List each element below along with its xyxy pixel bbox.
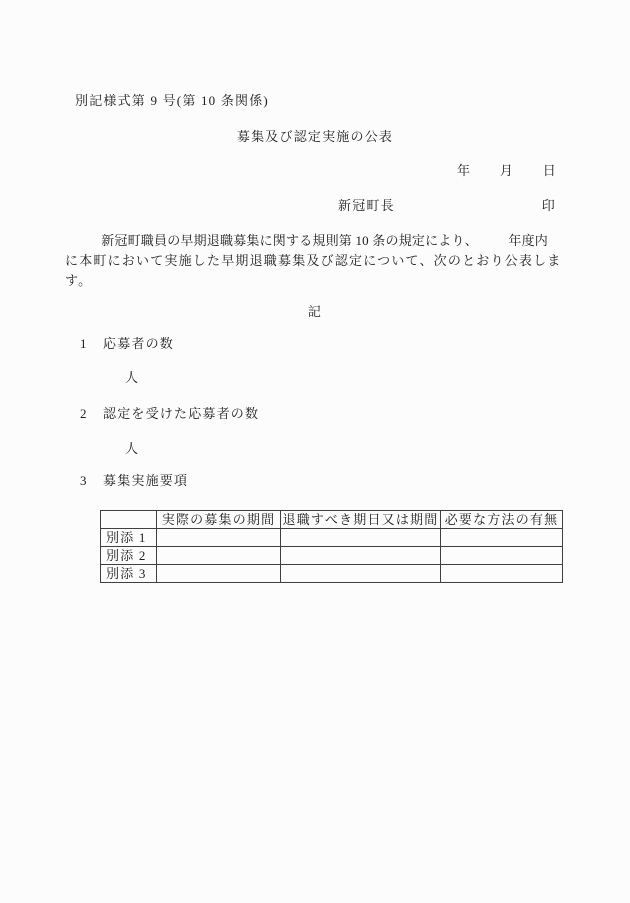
table-row: 別添 1 — [101, 529, 563, 547]
table-header-method-required: 必要な方法の有無 — [441, 511, 563, 529]
table-cell-empty — [441, 529, 563, 547]
table-cell-empty — [157, 529, 281, 547]
date-month-label: 月 — [500, 163, 514, 179]
recruitment-table: 実際の募集の期間 退職すべき期日又は期間 必要な方法の有無 別添 1 別添 2 … — [100, 510, 563, 583]
table-header-empty — [101, 511, 157, 529]
table-header-row: 実際の募集の期間 退職すべき期日又は期間 必要な方法の有無 — [101, 511, 563, 529]
item-applicant-count: 1応募者の数 — [80, 336, 174, 352]
item-2-unit-label: 人 — [125, 441, 139, 457]
form-number-note: 別記様式第 9 号(第 10 条関係) — [75, 93, 269, 109]
date-year-label: 年 — [457, 163, 471, 179]
item-1-label: 応募者の数 — [103, 336, 174, 351]
paragraph-line-1-text: 新冠町職員の早期退職募集に関する規則第 10 条の規定により、 — [88, 233, 478, 249]
item-2-label: 認定を受けた応募者の数 — [103, 406, 259, 421]
table-cell-empty — [281, 529, 441, 547]
table-cell-empty — [441, 565, 563, 583]
seal-placeholder: 印 — [542, 198, 556, 214]
table-header-actual-period: 実際の募集の期間 — [157, 511, 281, 529]
paragraph-line-3: す。 — [65, 273, 92, 289]
row-label-attachment-3: 別添 3 — [101, 565, 157, 583]
item-3-label: 募集実施要項 — [103, 473, 188, 488]
item-recruitment-guidelines: 3募集実施要項 — [80, 473, 188, 489]
document-page: 別記様式第 9 号(第 10 条関係) 募集及び認定実施の公表 年 月 日 新冠… — [0, 0, 630, 903]
row-label-attachment-2: 別添 2 — [101, 547, 157, 565]
signer-title: 新冠町長 — [338, 198, 395, 214]
table-row: 別添 3 — [101, 565, 563, 583]
item-3-number: 3 — [80, 473, 103, 489]
signer-line: 新冠町長 印 — [338, 198, 556, 214]
section-marker: 記 — [0, 304, 630, 320]
table-cell-empty — [157, 565, 281, 583]
table-row: 別添 2 — [101, 547, 563, 565]
paragraph-line-1: 新冠町職員の早期退職募集に関する規則第 10 条の規定により、 年度内 — [88, 233, 548, 249]
item-1-unit-label: 人 — [125, 370, 139, 386]
paragraph-line-2: に本町において実施した早期退職募集及び認定について、次のとおり公表しま — [65, 253, 561, 269]
date-line: 年 月 日 — [457, 163, 557, 179]
table-header-retirement-date: 退職すべき期日又は期間 — [281, 511, 441, 529]
item-certified-count: 2認定を受けた応募者の数 — [80, 406, 259, 422]
table-cell-empty — [441, 547, 563, 565]
table-cell-empty — [281, 547, 441, 565]
table-cell-empty — [281, 565, 441, 583]
item-1-number: 1 — [80, 336, 103, 352]
table-cell-empty — [157, 547, 281, 565]
item-2-number: 2 — [80, 406, 103, 422]
document-title: 募集及び認定実施の公表 — [0, 129, 630, 145]
date-day-label: 日 — [543, 163, 557, 179]
paragraph-line-1-suffix: 年度内 — [508, 233, 548, 249]
row-label-attachment-1: 別添 1 — [101, 529, 157, 547]
